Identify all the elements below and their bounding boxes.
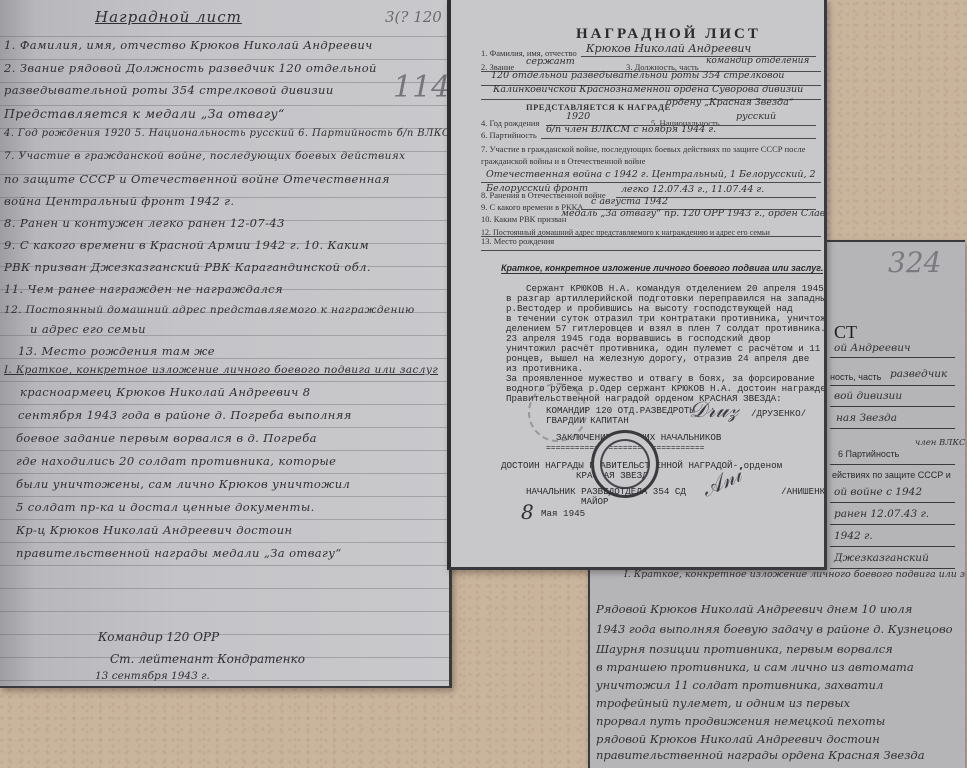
field-value: Крюков Николай Андреевич [586, 42, 751, 55]
field-value: б/п член ВЛКСМ с ноября 1944 г. [546, 124, 716, 135]
field-value: ой Андреевич [834, 342, 911, 354]
archive-number: 3(? 120 [385, 8, 442, 26]
field-value: вой дивизии [834, 390, 902, 402]
field-rule [830, 357, 955, 358]
form-line: Представляется к медали „За отвагу“ [4, 106, 285, 121]
field-value: 1920 [566, 111, 590, 122]
field-rule [541, 138, 816, 139]
chief-rank: МАЙОР [581, 496, 609, 507]
field-label: ействиях по защите СССР и [832, 470, 951, 480]
field-rule [830, 428, 955, 429]
signature-line: Командир 120 ОРР [98, 630, 219, 644]
field-value: член ВЛКСМ [915, 438, 965, 448]
field-value: русский [736, 111, 776, 122]
field-value: легко 12.07.43 г., 11.07.44 г. [621, 184, 764, 195]
narrative-line: сентября 1943 года в районе д. Погреба в… [18, 408, 352, 422]
ruled-lines [0, 0, 449, 686]
commander-name: /ДРУЗЕНКО/ [751, 408, 806, 419]
sheet-title: Наградной лист [95, 8, 242, 26]
field-rule [830, 546, 955, 547]
field-label: 10. Каким РВК призван [481, 214, 566, 224]
field-value: командир отделения [706, 56, 809, 66]
birthplace-line: 13. Место рождения там же [18, 344, 215, 358]
field-label: 13. Место рождения [481, 236, 554, 246]
narrative-heading: I. Краткое, конкретное изложение личного… [4, 364, 438, 376]
field-label: 8. Ранения в Отечественной войне [481, 190, 606, 200]
field-label: 4. Год рождения [481, 118, 539, 128]
narrative-line: Рядовой Крюков Николай Андреевич днем 10… [596, 602, 912, 616]
signature-date: 13 сентября 1943 г. [95, 670, 210, 682]
form-line: война Центральный фронт 1942 г. [4, 194, 234, 208]
narrative-line: красноармеец Крюков Николай Андреевич 8 [20, 385, 310, 399]
field-rule [830, 524, 955, 525]
sheet-title: НАГРАДНОЙ ЛИСТ [576, 26, 761, 43]
field-rule [830, 464, 955, 465]
form-line: 7. Участие в гражданской войне, последую… [4, 150, 405, 162]
field-label: 6 Партийность [838, 449, 899, 459]
commander-signature: 𝒟𝓇𝓊𝓏 [689, 398, 738, 423]
side-number: 114 [393, 70, 450, 105]
section-title: I. Краткое, конкретное изложение личного… [624, 569, 965, 580]
form-line: по защите СССР и Отечественной войне Оте… [4, 172, 390, 186]
narrative-line: уничтожил 11 солдат противника, захватил [596, 678, 883, 692]
field-value: медаль „За отвагу“ пр. 120 ОРР 1943 г., … [561, 208, 827, 219]
form-line: разведывательной роты 354 стрелковой див… [4, 83, 334, 97]
narrative-line: 5 солдат пр-ка и достал ценные документы… [16, 500, 315, 514]
narrative-line: прорвал путь продвижения немецкой пехоты [596, 714, 885, 728]
section-title: Краткое, конкретное изложение личного бо… [501, 263, 823, 274]
form-line: 11. Чем ранее награжден не награждался [4, 282, 283, 296]
narrative-line: Шаурня позиции противника, первым ворвал… [596, 642, 893, 656]
narrative-line: в траншею противника, и сам лично из авт… [596, 660, 914, 674]
narrative-line: были уничтожены, сам лично Крюков уничто… [16, 477, 350, 491]
field-value: ная Звезда [836, 412, 897, 424]
field-rule [830, 502, 955, 503]
field-value: Джезказганский [834, 552, 929, 564]
field-rule [830, 406, 955, 407]
form-line: и адрес его семьи [30, 322, 146, 336]
field-value: разведчик [890, 368, 947, 380]
form-line: РВК призван Джезказганский РВК Караганди… [4, 260, 371, 274]
field-rule [481, 182, 821, 183]
narrative-line: 1943 года выполняя боевую задачу в район… [596, 622, 953, 636]
field-value: 1942 г. [834, 530, 873, 542]
field-value: Калинковичской Краснознаменной ордена Су… [493, 84, 803, 95]
field-rule [481, 250, 821, 251]
award-label: ПРЕДСТАВЛЯЕТСЯ К НАГРАДЕ [526, 102, 671, 112]
field-label: 7. Участие в гражданской войне, последую… [481, 143, 821, 167]
left-award-sheet: Наградной лист 3(? 120 114 1. Фамилия, и… [0, 0, 452, 688]
title-fragment: СТ [834, 322, 857, 343]
narrative-line: боевое задание первым ворвался в д. Погр… [16, 431, 317, 445]
form-line: 12. Постоянный домашний адрес представля… [4, 304, 415, 316]
form-line: 2. Звание рядовой Должность разведчик 12… [4, 61, 377, 75]
middle-award-sheet: НАГРАДНОЙ ЛИСТ 1. Фамилия, имя, отчество… [447, 0, 827, 570]
date-text: Мая 1945 [541, 508, 585, 519]
field-label: ность, часть [830, 372, 881, 382]
narrative-line: трофейный пулемет, и одним из первых [596, 696, 850, 710]
form-line: 9. С какого времени в Красной Армии 1942… [4, 238, 369, 252]
field-value: сержант [526, 56, 575, 67]
field-value: с августа 1942 [591, 196, 668, 207]
signature-line: Ст. лейтенант Кондратенко [110, 652, 305, 666]
form-line: 1. Фамилия, имя, отчество Крюков Николай… [4, 38, 373, 52]
form-line: 4. Год рождения 1920 5. Национальность р… [4, 128, 452, 139]
narrative-line: Кр-ц Крюков Николай Андреевич достоин [16, 523, 293, 537]
commander-rank: ГВАРДИИ КАПИТАН [546, 415, 629, 426]
field-value: 120 отдельной разведывательной роты 354 … [491, 70, 784, 81]
date-day: 8 [521, 500, 534, 524]
narrative-line: рядовой Крюков Николай Андреевич достоин [596, 732, 880, 746]
award-value: ордену „Красная Звезда“ [666, 97, 794, 108]
archive-number: 324 [888, 246, 941, 279]
field-value: ранен 12.07.43 г. [834, 508, 929, 520]
narrative-line: где находились 20 солдат противника, кот… [16, 454, 336, 468]
narrative-line: правительственной награды ордена Красная… [596, 748, 925, 762]
field-label: 6. Партийность [481, 130, 537, 140]
form-line: 8. Ранен и контужен легко ранен 12-07-43 [4, 216, 285, 230]
field-value: ой войне с 1942 [834, 486, 922, 498]
field-rule [830, 385, 955, 386]
chief-name: /АНИШЕНКО/ [781, 486, 827, 497]
narrative-line: правительственной награды медали „За отв… [16, 546, 342, 560]
